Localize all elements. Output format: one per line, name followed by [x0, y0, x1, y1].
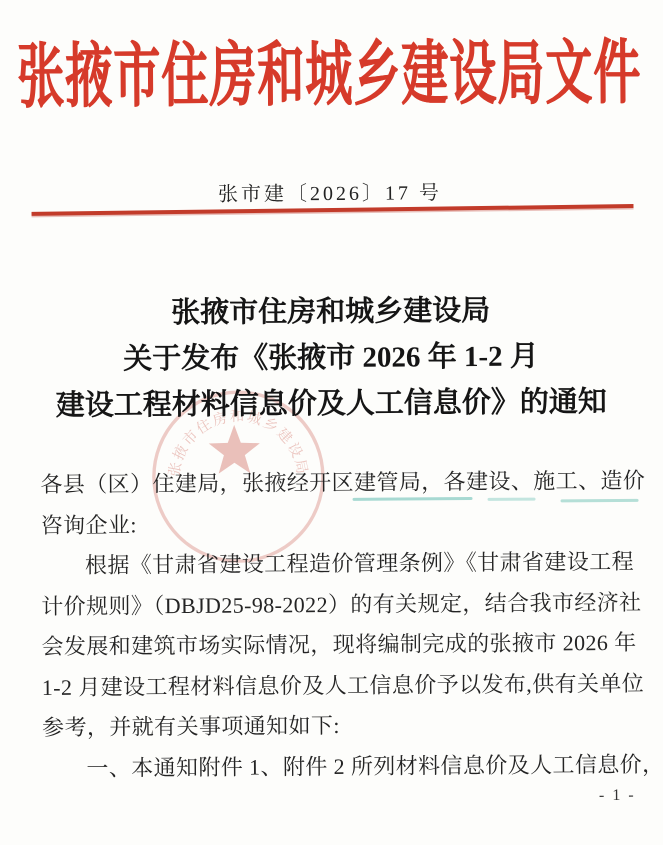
document-reference-number: 张市建〔2026〕17 号 — [0, 175, 661, 209]
page-number: - 1 - — [599, 787, 636, 805]
body-line: 参考，并就有关事项通知如下: — [42, 704, 639, 749]
scan-artifact-streak — [561, 499, 639, 503]
scanned-document-page: 张掖市住房和城乡建设局文件 张市建〔2026〕17 号 张掖市住房和城乡建设局 … — [0, 0, 663, 845]
body-line: 1-2 月建设工程材料信息价及人工信息价予以发布,供有关单位 — [42, 663, 639, 708]
issuing-agency-title: 张掖市住房和城乡建设局文件 — [17, 17, 642, 122]
notice-body: 各县（区）住建局，张掖经开区建管局，各建设、施工、造价 咨询企业: 根据《甘肃省… — [40, 461, 639, 789]
notice-title-line-3: 建设工程材料信息价及人工信息价》的通知 — [0, 379, 663, 430]
body-line: 咨询企业: — [41, 501, 638, 546]
notice-title-line-1: 张掖市住房和城乡建设局 — [0, 287, 662, 338]
body-line: 各县（区）住建局，张掖经开区建管局，各建设、施工、造价 — [40, 461, 637, 506]
notice-title: 张掖市住房和城乡建设局 关于发布《张掖市 2026 年 1-2 月 建设工程材料… — [0, 287, 663, 430]
body-line: 会发展和建筑市场实际情况，现将编制完成的张掖市 2026 年 — [41, 623, 638, 668]
body-line: 根据《甘肃省建设工程造价管理条例》《甘肃省建设工程 — [41, 542, 638, 587]
red-header-banner: 张掖市住房和城乡建设局文件 — [0, 14, 661, 125]
document-content: 张掖市住房和城乡建设局文件 张市建〔2026〕17 号 张掖市住房和城乡建设局 … — [0, 0, 663, 845]
body-line: 一、本通知附件 1、附件 2 所列材料信息价及人工信息价， — [42, 744, 639, 789]
body-line: 计价规则》（DBJD25-98-2022）的有关规定，结合我市经济社 — [41, 582, 638, 627]
notice-title-line-2: 关于发布《张掖市 2026 年 1-2 月 — [0, 333, 663, 384]
scan-artifact-streak — [488, 498, 536, 501]
